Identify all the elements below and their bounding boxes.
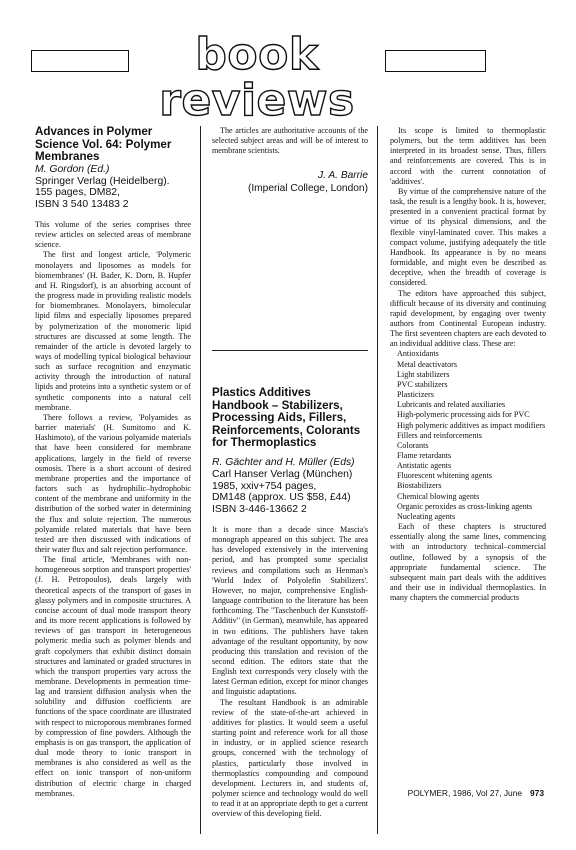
list-item: Colorants (390, 441, 546, 451)
list-item: Biostabilizers (390, 481, 546, 491)
journal-citation: POLYMER, 1986, Vol 27, June (408, 788, 522, 798)
column-1: Advances in Polymer Science Vol. 64: Pol… (35, 126, 191, 799)
review1-title: Advances in Polymer Science Vol. 64: Pol… (35, 126, 191, 164)
review2-title: Plastics Additives Handbook – Stabilizer… (212, 387, 368, 450)
list-item: Chemical blowing agents (390, 492, 546, 502)
review-separator (212, 350, 368, 351)
list-item: Organic peroxides as cross-linking agent… (390, 502, 546, 512)
list-item: High polymeric additives as impact modif… (390, 421, 546, 431)
list-item: Metal deactivators (390, 360, 546, 370)
list-item: Light stabilizers (390, 370, 546, 380)
review2-paragraph: The editors have approached this subject… (390, 289, 546, 350)
review1-signature: J. A. Barrie (Imperial College, London) (212, 169, 368, 195)
review2-pages: 1985, xxiv+754 pages, (212, 481, 368, 493)
review1-isbn: ISBN 3 540 13483 2 (35, 199, 191, 211)
reviewer-affiliation: (Imperial College, London) (248, 183, 368, 194)
review2-paragraph: It is more than a decade since Mascia's … (212, 525, 368, 698)
masthead-bar-left (31, 50, 129, 72)
review1-paragraph: The final article, 'Membranes with non-h… (35, 555, 191, 799)
column-2-review2: Plastics Additives Handbook – Stabilizer… (212, 387, 368, 819)
review1-paragraph: There follows a review, 'Polyamides as b… (35, 413, 191, 555)
column-divider-2 (377, 126, 378, 834)
review1-paragraph: This volume of the series comprises thre… (35, 220, 191, 250)
list-item: Antioxidants (390, 349, 546, 359)
section-title: book reviews (129, 32, 385, 124)
review2-paragraph: By virtue of the comprehensive nature of… (390, 187, 546, 289)
section-masthead: book reviews (31, 38, 486, 80)
masthead-bar-right (385, 50, 486, 72)
column-2-review1-end: The articles are authoritative accounts … (212, 126, 368, 195)
page-number: 973 (530, 788, 544, 798)
review1-publisher: Springer Verlag (Heidelberg). (35, 176, 191, 188)
list-item: Nucleating agents (390, 512, 546, 522)
review1-body: This volume of the series comprises thre… (35, 220, 191, 799)
review2-price: DM148 (approx. US $58, £44) (212, 492, 368, 504)
review2-paragraph: The resultant Handbook is an admirable r… (212, 698, 368, 820)
review2-isbn: ISBN 3-446-13662 2 (212, 504, 368, 516)
page-footer: POLYMER, 1986, Vol 27, June973 (352, 788, 544, 798)
review2-editor: R. Gächter and H. Müller (Eds) (212, 457, 368, 469)
column-divider-1 (200, 126, 201, 834)
list-item: Fluorescent whitening agents (390, 471, 546, 481)
review2-body: It is more than a decade since Mascia's … (212, 525, 368, 820)
reviewer-name: J. A. Barrie (212, 169, 368, 182)
list-item: Flame retardants (390, 451, 546, 461)
review1-editor: M. Gordon (Ed.) (35, 164, 191, 176)
list-item: Fillers and reinforcements (390, 431, 546, 441)
review1-paragraph: The articles are authoritative accounts … (212, 126, 368, 156)
review1-pages-price: 155 pages, DM82, (35, 187, 191, 199)
list-item: PVC stabilizers (390, 380, 546, 390)
review2-publisher: Carl Hanser Verlag (München) (212, 469, 368, 481)
list-item: Plasticizers (390, 390, 546, 400)
column-3: Its scope is limited to thermoplastic po… (390, 126, 546, 603)
list-item: High-polymeric processing aids for PVC (390, 410, 546, 420)
review1-paragraph: The first and longest article, 'Polymeri… (35, 250, 191, 413)
list-item: Antistatic agents (390, 461, 546, 471)
journal-page: book reviews Advances in Polymer Science… (0, 0, 576, 850)
list-item: Lubricants and related auxiliaries (390, 400, 546, 410)
additive-class-list: Antioxidants Metal deactivators Light st… (390, 349, 546, 522)
review2-paragraph: Each of these chapters is structured ess… (390, 522, 546, 603)
review2-paragraph: Its scope is limited to thermoplastic po… (390, 126, 546, 187)
